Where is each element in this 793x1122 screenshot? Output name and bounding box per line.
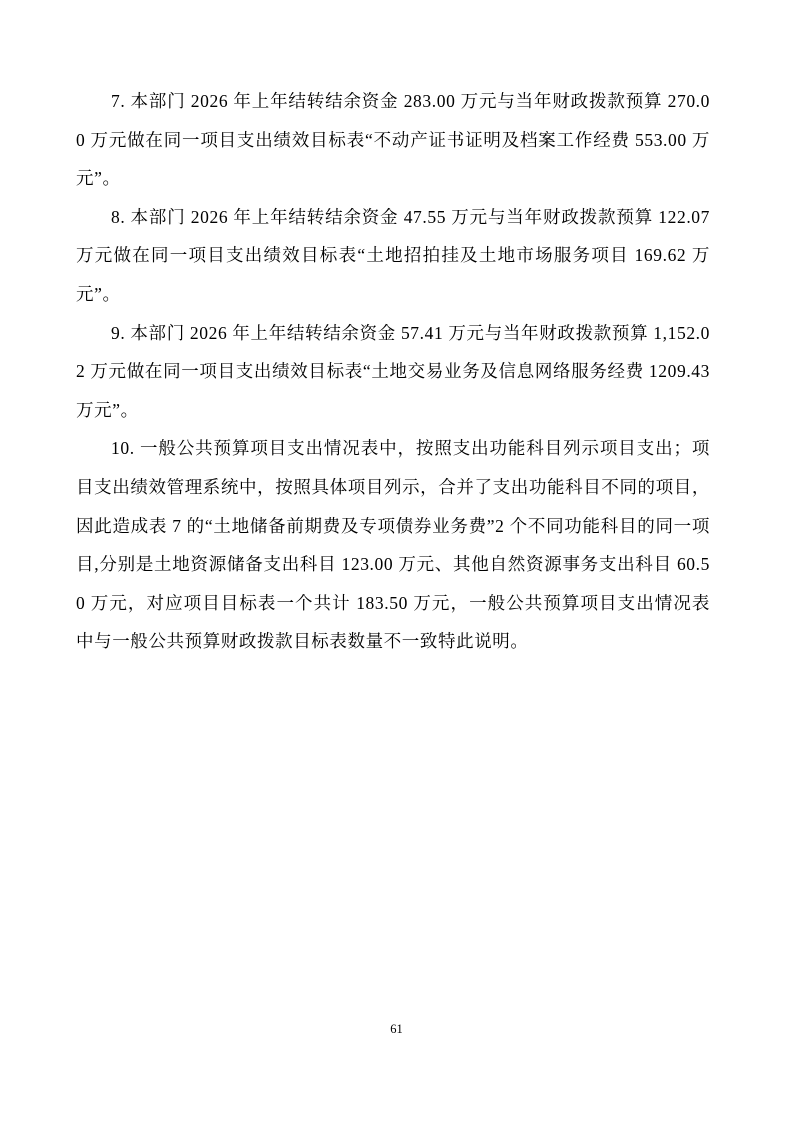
document-body: 7. 本部门 2026 年上年结转结余资金 283.00 万元与当年财政拨款预算… (76, 82, 710, 661)
paragraph-note-9: 9. 本部门 2026 年上年结转结余资金 57.41 万元与当年财政拨款预算 … (76, 314, 710, 430)
paragraph-note-8: 8. 本部门 2026 年上年结转结余资金 47.55 万元与当年财政拨款预算 … (76, 198, 710, 314)
page-number: 61 (0, 1022, 793, 1037)
document-page: 7. 本部门 2026 年上年结转结余资金 283.00 万元与当年财政拨款预算… (0, 0, 793, 1122)
paragraph-note-7: 7. 本部门 2026 年上年结转结余资金 283.00 万元与当年财政拨款预算… (76, 82, 710, 198)
paragraph-note-10: 10. 一般公共预算项目支出情况表中，按照支出功能科目列示项目支出；项目支出绩效… (76, 429, 710, 661)
